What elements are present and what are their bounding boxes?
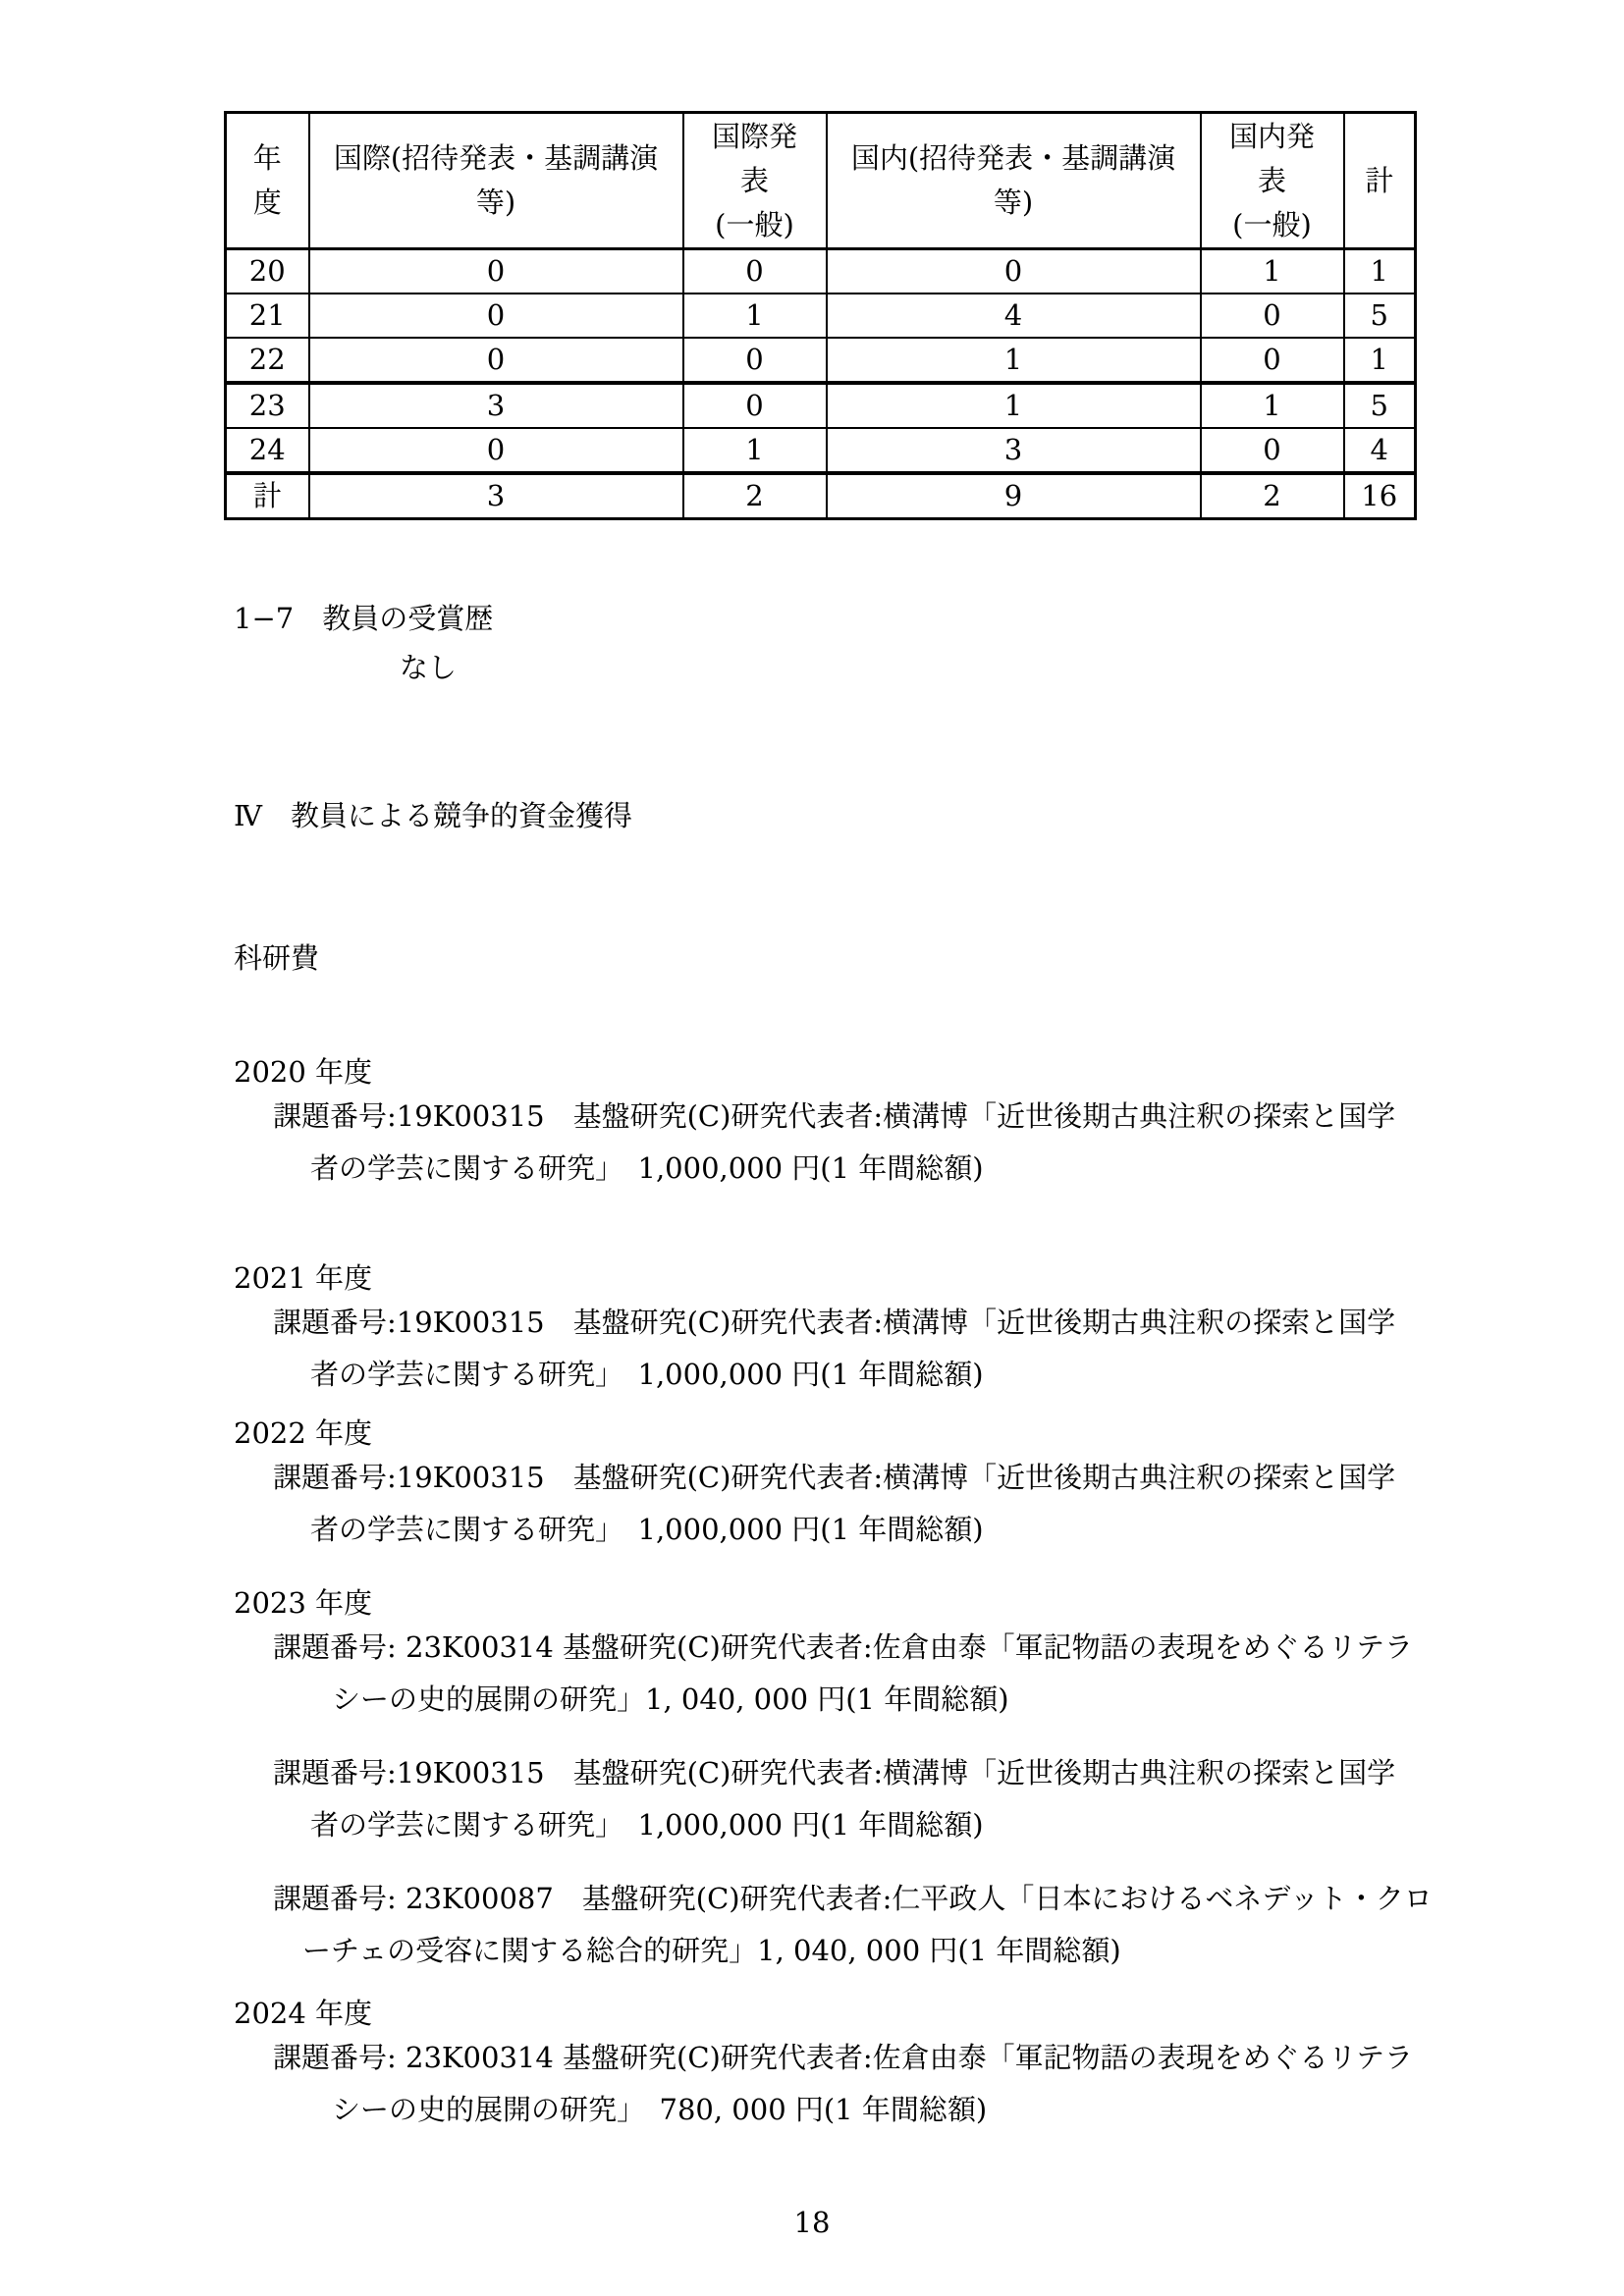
count-cell: 0 [1201,428,1344,473]
table-row: 22 0 0 1 0 1 [226,338,1416,383]
total-label-cell: 計 [226,473,309,519]
count-cell: 0 [309,428,683,473]
count-cell: 0 [1201,338,1344,383]
count-cell: 2 [683,473,827,519]
table-row: 21 0 1 4 0 5 [226,294,1416,338]
grant-line: 者の学芸に関する研究」 1,000,000 円(1 年間総額) [310,1357,984,1392]
count-cell: 1 [1201,249,1344,294]
grant-line: 課題番号: 23K00314 基盤研究(C)研究代表者:佐倉由泰「軍記物語の表現… [273,2040,1413,2075]
column-header-total: 計 [1344,113,1416,249]
grant-line: 課題番号:19K00315 基盤研究(C)研究代表者:横溝博「近世後期古典注釈の… [273,1460,1395,1495]
count-cell: 0 [309,294,683,338]
table-header-row: 年 度 国際(招待発表・基調講演 等) 国際発 表 (一般) 国内(招待発表・基… [226,113,1416,249]
count-cell: 1 [1201,383,1344,428]
count-cell: 5 [1344,294,1416,338]
year-cell: 24 [226,428,309,473]
grant-line: 課題番号:19K00315 基盤研究(C)研究代表者:横溝博「近世後期古典注釈の… [273,1755,1395,1790]
count-cell: 0 [827,249,1201,294]
year-label-2024: 2024 年度 [234,1996,372,2031]
awards-none-text: なし [400,650,457,685]
year-cell: 21 [226,294,309,338]
year-label-2022: 2022 年度 [234,1415,372,1451]
count-cell: 1 [683,294,827,338]
grant-line: 者の学芸に関する研究」 1,000,000 円(1 年間総額) [310,1807,984,1842]
count-cell: 5 [1344,383,1416,428]
count-cell: 1 [1344,338,1416,383]
column-header-domestic-general: 国内発 表 (一般) [1201,113,1344,249]
count-cell: 3 [827,428,1201,473]
table-total-row: 計 3 2 9 2 16 [226,473,1416,519]
table-row: 23 3 0 1 1 5 [226,383,1416,428]
grant-line: 課題番号: 23K00087 基盤研究(C)研究代表者:仁平政人「日本におけるベ… [273,1881,1433,1916]
grant-line: ーチェの受容に関する総合的研究」1, 040, 000 円(1 年間総額) [302,1933,1121,1968]
count-cell: 1 [827,383,1201,428]
year-cell: 22 [226,338,309,383]
year-label-2021: 2021 年度 [234,1260,372,1296]
presentations-count-table: 年 度 国際(招待発表・基調講演 等) 国際発 表 (一般) 国内(招待発表・基… [224,111,1417,520]
grant-line: 者の学芸に関する研究」 1,000,000 円(1 年間総額) [310,1150,984,1186]
table-row: 24 0 1 3 0 4 [226,428,1416,473]
grant-line: 者の学芸に関する研究」 1,000,000 円(1 年間総額) [310,1512,984,1547]
column-header-year: 年 度 [226,113,309,249]
column-header-intl-invited: 国際(招待発表・基調講演 等) [309,113,683,249]
document-page: 年 度 国際(招待発表・基調講演 等) 国際発 表 (一般) 国内(招待発表・基… [0,0,1624,2296]
count-cell: 0 [309,249,683,294]
count-cell: 2 [1201,473,1344,519]
count-cell: 4 [1344,428,1416,473]
column-header-domestic-invited: 国内(招待発表・基調講演 等) [827,113,1201,249]
count-cell: 0 [1201,294,1344,338]
count-cell: 0 [683,338,827,383]
count-cell: 16 [1344,473,1416,519]
section-heading-awards: 1−7 教員の受賞歴 [234,601,493,636]
count-cell: 3 [309,473,683,519]
count-cell: 0 [309,338,683,383]
count-cell: 1 [827,338,1201,383]
year-label-2020: 2020 年度 [234,1054,372,1090]
table-row: 20 0 0 0 1 1 [226,249,1416,294]
count-cell: 1 [683,428,827,473]
grant-line: 課題番号:19K00315 基盤研究(C)研究代表者:横溝博「近世後期古典注釈の… [273,1305,1395,1340]
grant-line: 課題番号:19K00315 基盤研究(C)研究代表者:横溝博「近世後期古典注釈の… [273,1098,1395,1134]
year-cell: 20 [226,249,309,294]
kakenhi-heading: 科研費 [234,940,319,976]
count-cell: 0 [683,383,827,428]
year-label-2023: 2023 年度 [234,1585,372,1621]
section-heading-funding: Ⅳ 教員による競争的資金獲得 [234,798,632,833]
grant-line: シーの史的展開の研究」1, 040, 000 円(1 年間総額) [332,1682,1009,1717]
count-cell: 0 [683,249,827,294]
grant-line: 課題番号: 23K00314 基盤研究(C)研究代表者:佐倉由泰「軍記物語の表現… [273,1629,1413,1665]
count-cell: 9 [827,473,1201,519]
count-cell: 4 [827,294,1201,338]
column-header-intl-general: 国際発 表 (一般) [683,113,827,249]
grant-line: シーの史的展開の研究」 780, 000 円(1 年間総額) [332,2092,987,2127]
count-cell: 1 [1344,249,1416,294]
page-number: 18 [0,2206,1624,2239]
count-cell: 3 [309,383,683,428]
year-cell: 23 [226,383,309,428]
